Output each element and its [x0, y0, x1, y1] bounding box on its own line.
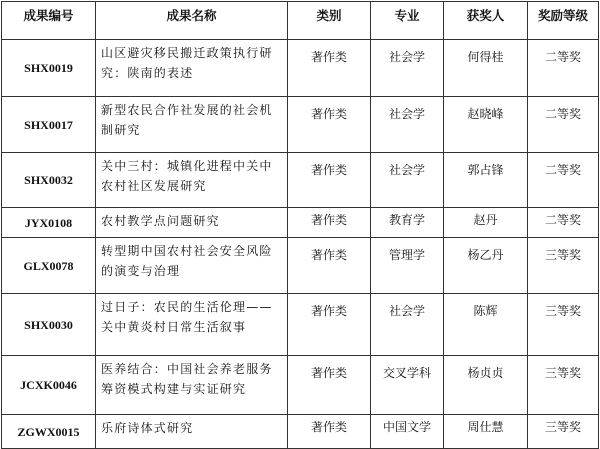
cell-major: 管理学 — [371, 238, 444, 294]
header-name: 成果名称 — [96, 2, 288, 40]
cell-name: 关中三村：城镇化进程中关中农村社区发展研究 — [96, 153, 288, 208]
table-row: JCXK0046 医养结合：中国社会养老服务筹资模式构建与实证研究 著作类 交叉… — [2, 356, 599, 415]
cell-category: 著作类 — [288, 356, 371, 415]
cell-category: 著作类 — [288, 294, 371, 356]
table-row: SHX0019 山区避灾移民搬迁政策执行研究：陕南的表述 著作类 社会学 何得桂… — [2, 40, 599, 97]
header-level: 奖励等级 — [528, 2, 599, 40]
cell-winner: 陈辉 — [444, 294, 528, 356]
cell-name: 过日子：农民的生活伦理——关中黄炎村日常生活叙事 — [96, 294, 288, 356]
cell-category: 著作类 — [288, 238, 371, 294]
header-code: 成果编号 — [2, 2, 96, 40]
cell-winner: 赵丹 — [444, 208, 528, 238]
cell-level: 二等奖 — [528, 40, 599, 97]
cell-level: 三等奖 — [528, 294, 599, 356]
cell-code: SHX0032 — [2, 153, 96, 208]
cell-name: 新型农民合作社发展的社会机制研究 — [96, 97, 288, 153]
cell-major: 社会学 — [371, 40, 444, 97]
cell-name: 转型期中国农村社会安全风险的演变与治理 — [96, 238, 288, 294]
cell-major: 交叉学科 — [371, 356, 444, 415]
cell-winner: 何得桂 — [444, 40, 528, 97]
cell-name: 医养结合：中国社会养老服务筹资模式构建与实证研究 — [96, 356, 288, 415]
table-row: GLX0078 转型期中国农村社会安全风险的演变与治理 著作类 管理学 杨乙丹 … — [2, 238, 599, 294]
cell-major: 教育学 — [371, 208, 444, 238]
cell-code: SHX0017 — [2, 97, 96, 153]
cell-name: 农村教学点问题研究 — [96, 208, 288, 238]
cell-category: 著作类 — [288, 40, 371, 97]
table-row: SHX0017 新型农民合作社发展的社会机制研究 著作类 社会学 赵晓峰 二等奖 — [2, 97, 599, 153]
header-major: 专业 — [371, 2, 444, 40]
cell-major: 社会学 — [371, 294, 444, 356]
cell-code: JYX0108 — [2, 208, 96, 238]
cell-level: 二等奖 — [528, 208, 599, 238]
awards-table: 成果编号 成果名称 类别 专业 获奖人 奖励等级 SHX0019 山区避灾移民搬… — [1, 1, 599, 414]
cell-category: 著作类 — [288, 208, 371, 238]
table-row: SHX0032 关中三村：城镇化进程中关中农村社区发展研究 著作类 社会学 郭占… — [2, 153, 599, 208]
cell-category: 著作类 — [288, 97, 371, 153]
cell-level: 三等奖 — [528, 356, 599, 415]
cell-code: GLX0078 — [2, 238, 96, 294]
table-row: JYX0108 农村教学点问题研究 著作类 教育学 赵丹 二等奖 — [2, 208, 599, 238]
cell-name: 山区避灾移民搬迁政策执行研究：陕南的表述 — [96, 40, 288, 97]
cell-major: 社会学 — [371, 153, 444, 208]
cell-code: JCXK0046 — [2, 356, 96, 415]
header-category: 类别 — [288, 2, 371, 40]
header-winner: 获奖人 — [444, 2, 528, 40]
cell-level: 二等奖 — [528, 97, 599, 153]
cell-category: 著作类 — [288, 153, 371, 208]
table-row: SHX0030 过日子：农民的生活伦理——关中黄炎村日常生活叙事 著作类 社会学… — [2, 294, 599, 356]
cell-major: 社会学 — [371, 97, 444, 153]
cell-code: SHX0030 — [2, 294, 96, 356]
cell-winner: 赵晓峰 — [444, 97, 528, 153]
cell-level: 三等奖 — [528, 238, 599, 294]
cell-winner: 郭占锋 — [444, 153, 528, 208]
cell-level: 二等奖 — [528, 153, 599, 208]
cell-winner: 杨乙丹 — [444, 238, 528, 294]
header-row: 成果编号 成果名称 类别 专业 获奖人 奖励等级 — [2, 2, 599, 40]
cell-code: SHX0019 — [2, 40, 96, 97]
cell-winner: 杨贞贞 — [444, 356, 528, 415]
